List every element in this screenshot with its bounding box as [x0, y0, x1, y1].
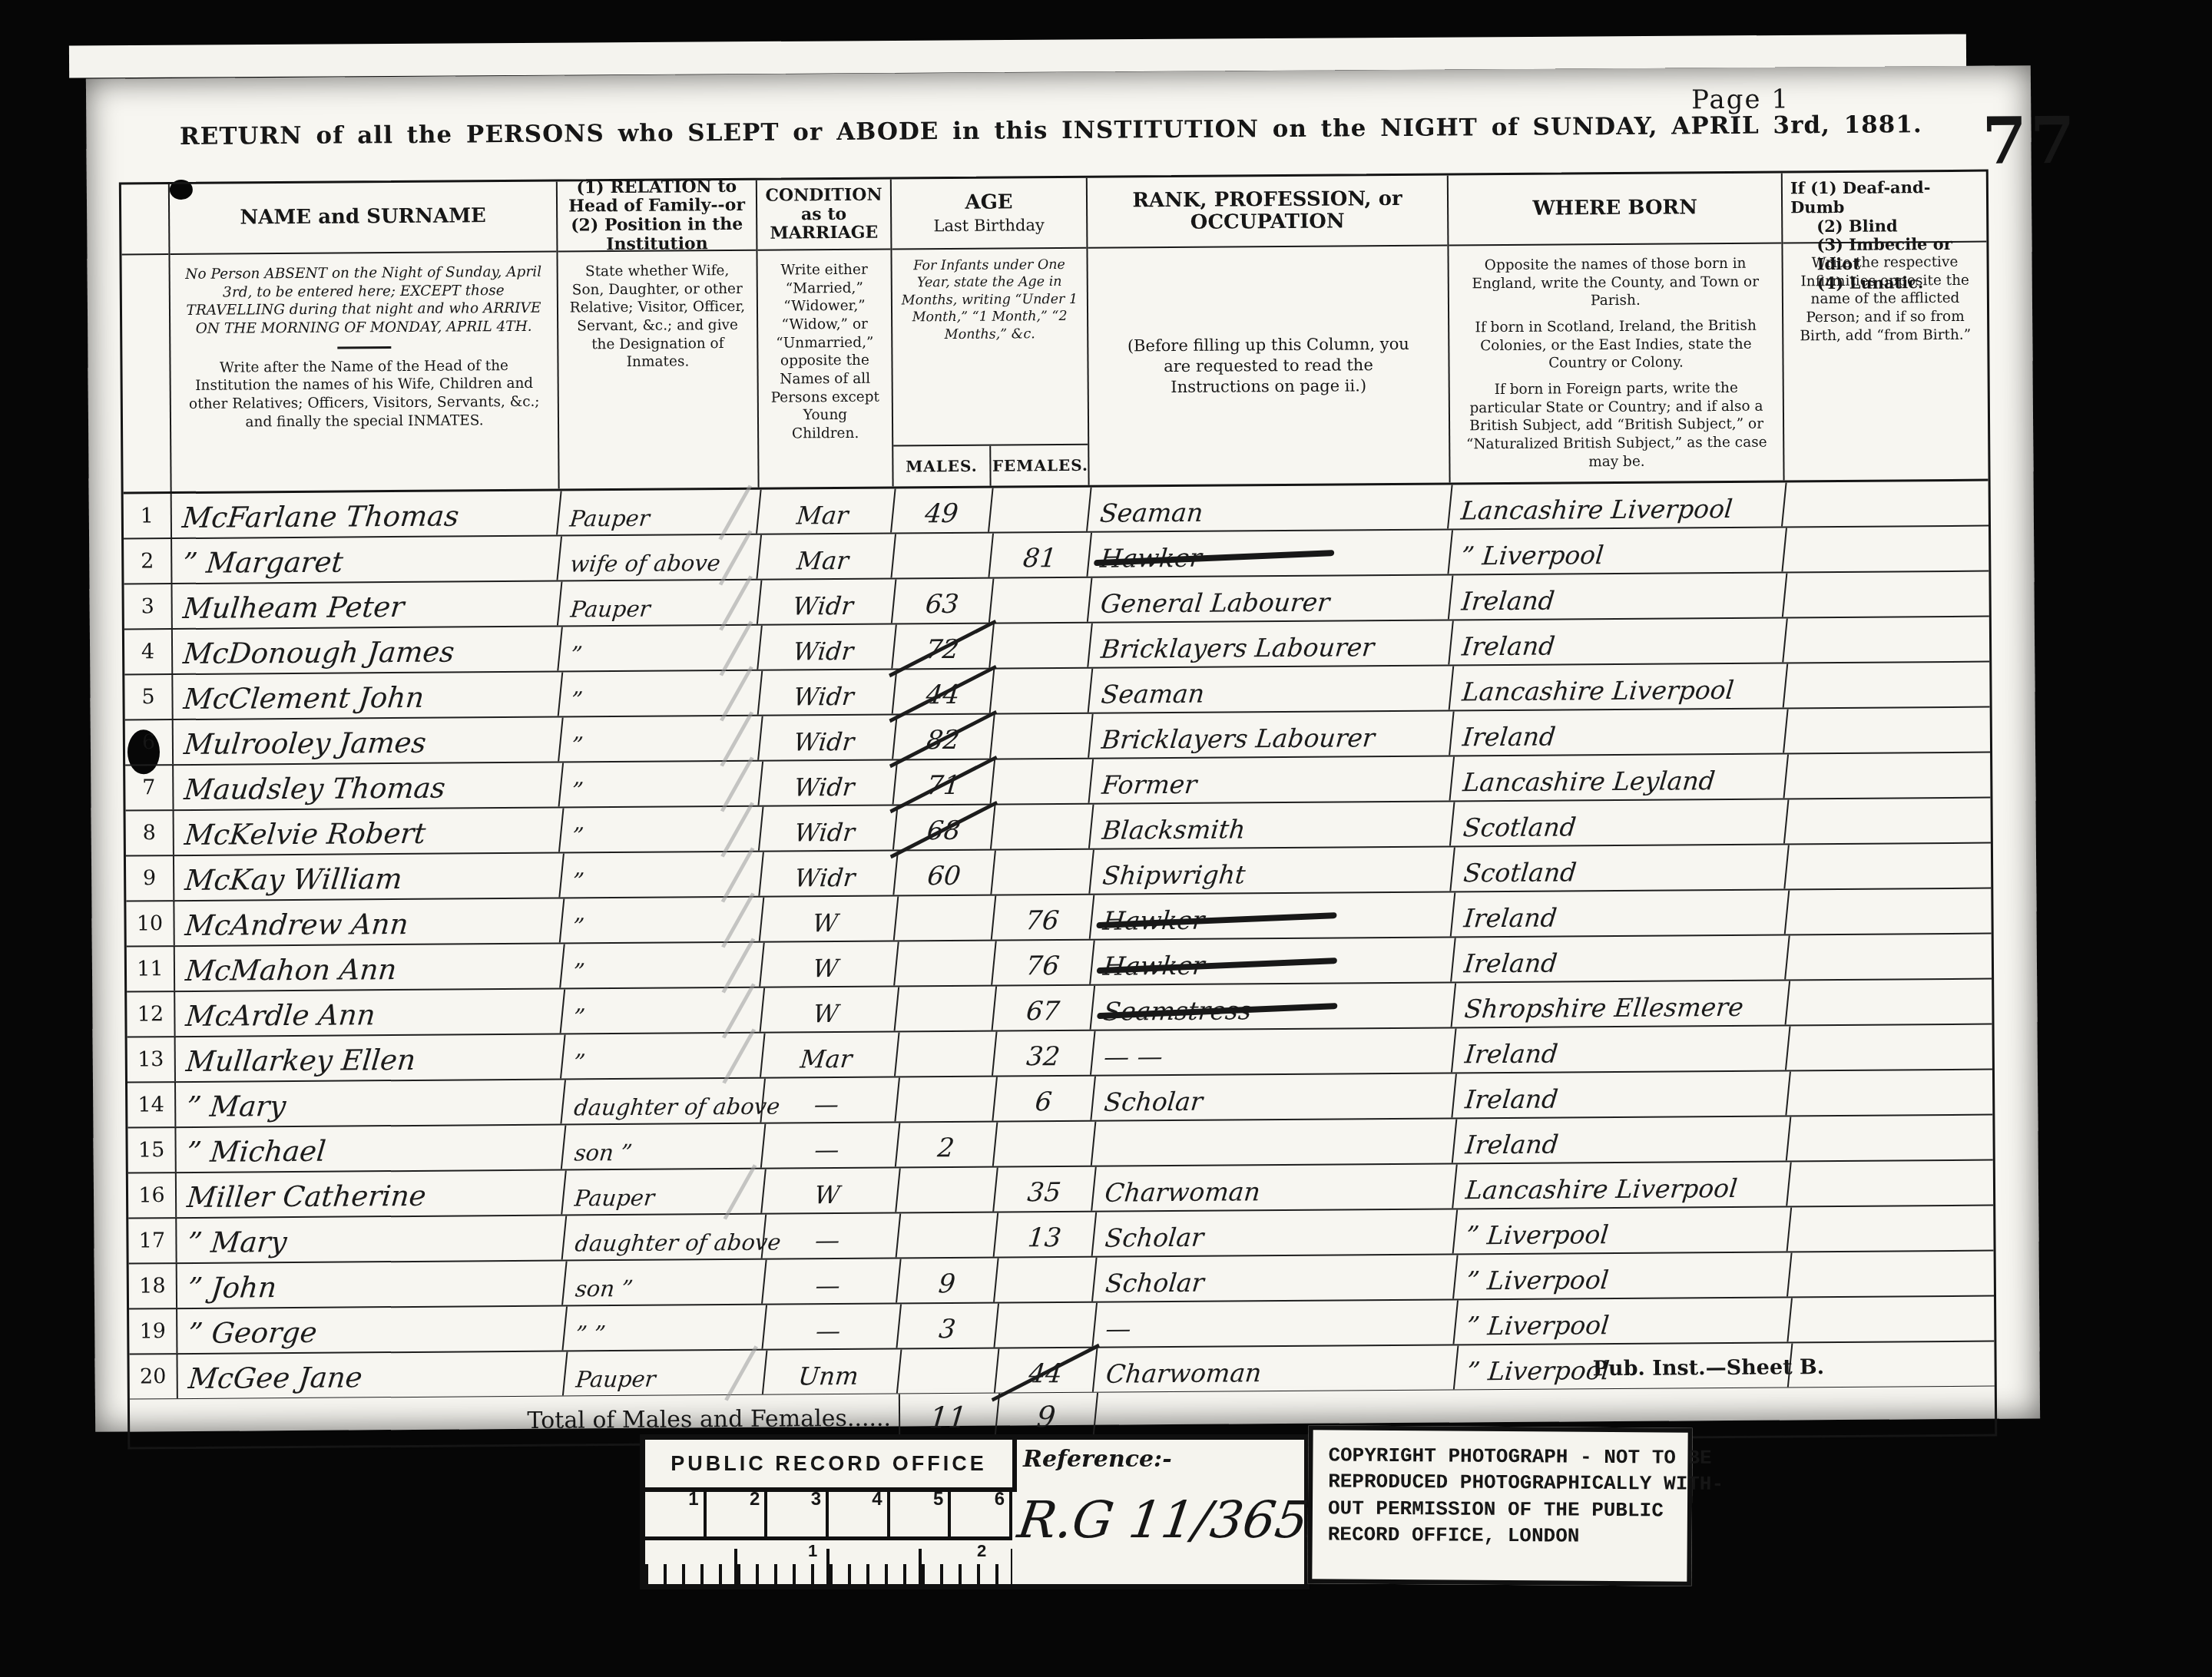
row-number: 16 [128, 1173, 177, 1217]
age-males-cell [896, 987, 998, 1031]
name-cell: ” Margaret [170, 537, 562, 584]
born-note-2: If born in Scotland, Ireland, the Britis… [1459, 317, 1773, 374]
row-number: 10 [126, 901, 174, 945]
condition-cell: Widr [759, 670, 898, 715]
infirmity-note: Write the respective Infirmities opposit… [1783, 243, 1988, 481]
occupation-note: (Before filling up this Column, you are … [1088, 246, 1449, 485]
row-number: 15 [127, 1128, 176, 1172]
condition-cell: Unm [763, 1350, 902, 1394]
occupation-cell: — — [1091, 1029, 1457, 1075]
age-males-cell: 63 [892, 579, 995, 623]
infirmity-line-1: If (1) Deaf-and-Dumb [1790, 178, 1979, 217]
where-born-cell: Lancashire Liverpool [1449, 483, 1787, 529]
condition-cell: — [762, 1123, 901, 1168]
name-cell: McDonough James [171, 627, 563, 674]
age-males-cell: 49 [892, 488, 994, 533]
condition-cell: W [760, 897, 899, 941]
age-females-cell [991, 714, 1094, 759]
condition-note: Write either “Married,” “Widower,” “Wido… [757, 250, 892, 488]
row-number: 2 [124, 539, 172, 583]
occupation-cell: General Labourer [1088, 576, 1454, 622]
born-note-3: If born in Foreign parts, write the part… [1459, 379, 1774, 472]
age-females-cell: 35 [994, 1167, 1097, 1212]
age-females-cell [994, 1122, 1097, 1166]
relation-cell: Pauper [562, 1169, 767, 1215]
infirmity-cell [1785, 572, 1988, 617]
condition-cell: Widr [758, 625, 897, 670]
condition-cell: — [763, 1214, 902, 1259]
column-header-name: NAME and SURNAME No Person ABSENT on the… [170, 182, 560, 492]
name-cell: ” John [175, 1262, 568, 1308]
where-born-cell: ” Liverpool [1454, 1208, 1793, 1254]
copyright-line-2: REPRODUCED PHOTOGRAPHICALLY WITH- [1328, 1469, 1687, 1498]
column-header-occupation: RANK, PROFESSION, or OCCUPATION (Before … [1088, 175, 1451, 485]
relation-note: State whether Wife, Son, Daughter, or ot… [558, 251, 757, 489]
name-cell: McKay William [172, 854, 565, 901]
name-cell: Mulheam Peter [171, 582, 563, 629]
age-females-cell: 13 [995, 1212, 1098, 1257]
relation-cell: ” [559, 671, 763, 716]
age-males-cell [897, 1213, 999, 1258]
occupation-cell: Hawker [1091, 938, 1456, 984]
infirmity-line-2: (2) Blind [1790, 216, 1979, 236]
infirmity-cell [1786, 708, 1990, 753]
age-females-cell: 76 [992, 895, 1095, 940]
infirmity-cell [1789, 1116, 1992, 1161]
relation-cell: wife of above [558, 535, 762, 580]
relation-cell: ” [561, 988, 766, 1034]
occupation-cell: Scholar [1091, 1074, 1457, 1120]
name-cell: Maudsley Thomas [172, 763, 565, 810]
occupation-cell: Former [1090, 757, 1455, 803]
name-cell: Mullarkey Ellen [174, 1035, 566, 1082]
column-header-relation: (1) RELATION to Head of Family--or (2) P… [558, 180, 760, 489]
where-born-cell: Shropshire Ellesmere [1452, 981, 1791, 1027]
age-males-cell: 3 [897, 1304, 999, 1348]
name-cell: McKelvie Robert [172, 809, 565, 855]
infirmity-cell [1786, 617, 1989, 663]
occupation-cell: Scholar [1093, 1255, 1459, 1302]
name-cell: ” Mary [175, 1216, 568, 1263]
age-males-cell [892, 534, 994, 578]
relation-cell: son ” [563, 1260, 767, 1305]
age-females-cell: 67 [993, 986, 1096, 1030]
row-number: 11 [127, 947, 175, 991]
age-females-cell [992, 805, 1094, 849]
condition-cell: W [762, 1169, 901, 1213]
age-males-cell: 44 [893, 670, 995, 714]
condition-cell: Mar [757, 489, 896, 534]
occupation-cell: Bricklayers Labourer [1088, 621, 1454, 667]
infirmity-cell [1785, 527, 1988, 572]
relation-cell: ” [560, 852, 764, 898]
where-born-cell: Ireland [1450, 709, 1789, 756]
occupation-cell: Bricklayers Labourer [1089, 712, 1455, 758]
infirmity-cell [1788, 980, 1992, 1025]
name-cell: ” Mary [174, 1080, 566, 1127]
sheet-designation: Pub. Inst.—Sheet B. [1593, 1355, 1825, 1381]
name-cell: McGee Jane [176, 1352, 568, 1399]
name-cell: McAndrew Ann [173, 899, 565, 946]
relation-cell: ” [561, 1034, 766, 1079]
where-born-cell: Ireland [1452, 1072, 1791, 1118]
age-females-cell [992, 759, 1094, 804]
age-males-cell: 68 [894, 805, 996, 850]
pro-title: PUBLIC RECORD OFFICE [645, 1440, 1017, 1492]
condition-cell: W [761, 987, 900, 1032]
table-header: NAME and SURNAME No Person ABSENT on the… [121, 172, 1988, 495]
table-body: 1 McFarlane Thomas Pauper Mar 49 Seaman … [124, 481, 1995, 1399]
age-males-cell [896, 1032, 998, 1077]
occupation-cell: Charwoman [1094, 1346, 1459, 1392]
column-header-age: AGE Last Birthday For Infants under One … [892, 178, 1090, 487]
relation-cell: ” [559, 716, 763, 762]
ruler-scale-cm: 1 2 3 4 5 6 [645, 1487, 1012, 1540]
age-males-cell: 2 [896, 1123, 998, 1167]
occupation-cell [1092, 1120, 1458, 1166]
where-born-cell: Ireland [1452, 891, 1790, 937]
relation-cell: ” [558, 626, 763, 671]
name-note-1: No Person ABSENT on the Night of Sunday,… [185, 264, 541, 337]
scanned-census-photograph: { "page": { "page_label": "Page 1", "sta… [0, 0, 2212, 1677]
infirmity-cell [1786, 663, 1989, 708]
row-number: 7 [125, 766, 174, 809]
age-header: AGE [933, 191, 1045, 214]
born-note-1: Opposite the names of those born in Engl… [1459, 255, 1773, 312]
occupation-cell: Seaman [1089, 666, 1455, 713]
row-number: 13 [127, 1037, 176, 1081]
infirmity-cell [1790, 1161, 1993, 1206]
where-born-cell: Ireland [1452, 1027, 1791, 1073]
name-cell: Miller Catherine [174, 1171, 567, 1218]
row-number: 3 [124, 584, 172, 628]
row-number: 17 [128, 1219, 177, 1262]
copyright-stamp: COPYRIGHT PHOTOGRAPH - NOT TO BE REPRODU… [1307, 1425, 1692, 1586]
form-title: RETURN of all the PERSONS who SLEPT or A… [118, 111, 1983, 151]
occupation-cell: Seaman [1088, 485, 1453, 531]
condition-cell: Widr [760, 852, 899, 896]
relation-cell: Pauper [564, 1351, 768, 1396]
where-born-cell: Ireland [1453, 1117, 1792, 1163]
age-males-cell [898, 1349, 1000, 1394]
age-subheader: Last Birthday [933, 217, 1045, 236]
infirmity-cell [1790, 1252, 1994, 1297]
infirmity-cell [1785, 481, 1988, 527]
where-born-cell: Lancashire Leyland [1450, 755, 1789, 801]
row-number: 14 [127, 1083, 176, 1126]
age-males-cell [896, 1077, 998, 1122]
infirmity-cell [1789, 1070, 1992, 1116]
condition-cell: Widr [759, 716, 898, 760]
row-number: 5 [124, 675, 173, 719]
age-males-cell [895, 941, 997, 986]
males-label: MALES. [893, 446, 991, 487]
name-cell: ” Michael [174, 1126, 567, 1173]
row-number: 8 [126, 811, 174, 855]
census-table: NAME and SURNAME No Person ABSENT on the… [119, 170, 1997, 1450]
age-females-cell [995, 1258, 1098, 1302]
row-number: 4 [124, 630, 173, 673]
where-born-cell: Ireland [1449, 574, 1788, 620]
row-number: 12 [127, 992, 175, 1036]
where-born-cell: Lancashire Liverpool [1450, 664, 1789, 710]
copyright-line-1: COPYRIGHT PHOTOGRAPH - NOT TO BE [1328, 1442, 1687, 1471]
infirmity-cell [1790, 1206, 1993, 1252]
age-females-cell: 32 [993, 1031, 1096, 1076]
infirmity-cell [1786, 753, 1990, 799]
piece-number-stamp: 77 [1982, 102, 2078, 179]
column-header-born: WHERE BORN Opposite the names of those b… [1449, 173, 1785, 482]
public-record-office-stamp: PUBLIC RECORD OFFICE 1 2 3 4 5 6 1 2 Ref… [640, 1434, 1310, 1589]
age-males-cell [895, 896, 997, 941]
relation-cell: son ” [562, 1124, 767, 1169]
infirmity-cell [1787, 889, 1991, 934]
females-label: FEMALES. [991, 445, 1089, 486]
condition-cell: Mar [761, 1033, 900, 1077]
relation-cell: ” [561, 898, 765, 943]
column-rownumber [121, 184, 172, 492]
condition-cell: — [763, 1305, 902, 1349]
age-males-cell [896, 1168, 998, 1212]
reference-label: Reference:- [1023, 1446, 1172, 1473]
age-note: For Infants under One Year, state the Ag… [892, 249, 1088, 445]
row-number: 19 [129, 1309, 177, 1353]
condition-cell: — [763, 1259, 902, 1304]
divider [337, 346, 391, 349]
where-born-cell: ” Liverpool [1449, 528, 1787, 574]
row-number: 1 [124, 494, 172, 537]
page-label: Page 1 [1691, 84, 1790, 115]
condition-cell: W [760, 942, 899, 987]
infirmity-cell [1788, 934, 1992, 980]
infirmity-cell [1787, 844, 1991, 889]
column-header-infirmity: If (1) Deaf-and-Dumb (2) Blind (3) Imbec… [1783, 172, 1988, 481]
where-born-cell: Ireland [1452, 936, 1790, 982]
occupation-cell: Blacksmith [1090, 802, 1455, 848]
where-born-cell: ” Liverpool [1454, 1253, 1793, 1299]
condition-cell: — [761, 1078, 900, 1123]
copyright-line-3: OUT PERMISSION OF THE PUBLIC [1328, 1495, 1687, 1524]
name-cell: Mulrooley James [171, 718, 564, 765]
condition-cell: Widr [760, 761, 899, 805]
age-males-cell: 9 [897, 1259, 999, 1303]
infirmity-cell [1786, 799, 1990, 844]
age-males-cell: 72 [892, 624, 995, 669]
name-cell: McClement John [171, 673, 564, 719]
relation-cell: ” [560, 807, 764, 852]
column-header-condition: CONDITION as to MARRIAGE Write either “M… [757, 180, 894, 488]
row-number: 9 [126, 856, 174, 900]
occupation-cell: Scholar [1093, 1210, 1459, 1256]
age-females-cell: 81 [989, 533, 1092, 577]
condition-cell: Mar [757, 534, 896, 579]
age-males-cell: 71 [894, 760, 996, 805]
reference-value: R.G 11/3652 [1015, 1490, 1344, 1550]
occupation-cell: Charwoman [1092, 1165, 1458, 1211]
where-born-cell: Ireland [1449, 619, 1788, 665]
age-females-cell: 6 [993, 1077, 1096, 1121]
age-females-cell: 76 [992, 941, 1095, 985]
age-females-cell [995, 1303, 1098, 1348]
age-females-cell [989, 488, 1092, 532]
age-females-cell: 44 [995, 1348, 1098, 1393]
where-born-cell: Lancashire Liverpool [1453, 1163, 1792, 1209]
row-number: 18 [129, 1264, 177, 1308]
occupation-cell: Seamstress [1091, 984, 1457, 1030]
copyright-line-4: RECORD OFFICE, LONDON [1328, 1521, 1687, 1550]
occupation-cell: Hawker [1088, 531, 1453, 577]
name-cell: McFarlane Thomas [170, 491, 562, 538]
occupation-cell: Hawker [1091, 893, 1456, 939]
age-females-cell [990, 578, 1093, 623]
where-born-cell: Scotland [1451, 800, 1790, 846]
relation-cell: ” [561, 943, 765, 988]
occupation-cell: — [1093, 1301, 1459, 1347]
age-females-cell [991, 669, 1094, 713]
row-number: 6 [125, 720, 174, 764]
age-males-cell: 60 [894, 851, 996, 895]
infirmity-cell [1790, 1297, 1994, 1342]
name-cell: McMahon Ann [173, 944, 565, 991]
relation-cell: Pauper [558, 580, 763, 626]
row-number: 20 [129, 1354, 177, 1398]
relation-cell: ” ” [563, 1305, 767, 1351]
relation-cell: ” [560, 762, 764, 807]
age-males-cell: 82 [893, 715, 995, 759]
occupation-cell: Shipwright [1090, 848, 1455, 894]
census-document: Page 1 77 RETURN of all the PERSONS who … [86, 65, 2040, 1432]
relation-cell: Pauper [558, 490, 762, 535]
age-females-cell [990, 623, 1093, 668]
condition-cell: Widr [760, 806, 899, 851]
relation-cell: daughter of above [561, 1079, 766, 1124]
name-cell: ” George [175, 1307, 568, 1354]
where-born-cell: ” Liverpool [1454, 1298, 1793, 1345]
where-born-cell: Scotland [1451, 845, 1790, 891]
condition-cell: Widr [758, 580, 897, 624]
name-note-2: Write after the Name of the Head of the … [189, 358, 540, 430]
age-females-cell [992, 850, 1094, 895]
infirmity-cell [1789, 1025, 1992, 1070]
relation-cell: daughter of above [563, 1215, 767, 1260]
name-cell: McArdle Ann [174, 990, 566, 1037]
